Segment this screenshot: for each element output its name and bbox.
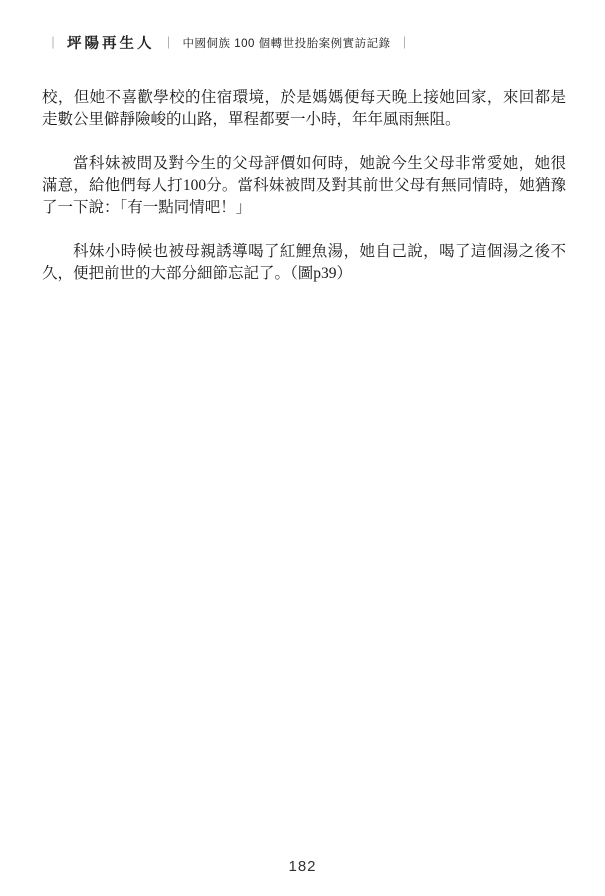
- page-number: 182: [288, 858, 316, 875]
- paragraph: 校，但她不喜歡學校的住宿環境，於是媽媽便每天晚上接她回家，來回都是走數公里僻靜險…: [42, 87, 566, 131]
- book-subtitle: 中國侗族 100 個轉世投胎案例實訪記錄: [183, 35, 391, 51]
- page-footer: 182: [0, 858, 605, 876]
- paragraph: 當科妹被問及對今生的父母評價如何時，她說今生父母非常愛她，她很滿意，給他們每人打…: [42, 153, 566, 219]
- header-divider-left: ｜: [47, 34, 59, 51]
- header-divider-middle: ｜: [163, 34, 175, 51]
- page-body: 校，但她不喜歡學校的住宿環境，於是媽媽便每天晚上接她回家，來回都是走數公里僻靜險…: [42, 87, 566, 307]
- running-header: ｜ 坪陽再生人 ｜ 中國侗族 100 個轉世投胎案例實訪記錄 ｜: [42, 32, 416, 53]
- header-divider-right: ｜: [399, 34, 411, 51]
- paragraph: 科妹小時候也被母親誘導喝了紅鯉魚湯，她自己說，喝了這個湯之後不久，便把前世的大部…: [42, 241, 566, 285]
- book-title: 坪陽再生人: [67, 32, 155, 53]
- book-page: ｜ 坪陽再生人 ｜ 中國侗族 100 個轉世投胎案例實訪記錄 ｜ 校，但她不喜歡…: [0, 0, 605, 896]
